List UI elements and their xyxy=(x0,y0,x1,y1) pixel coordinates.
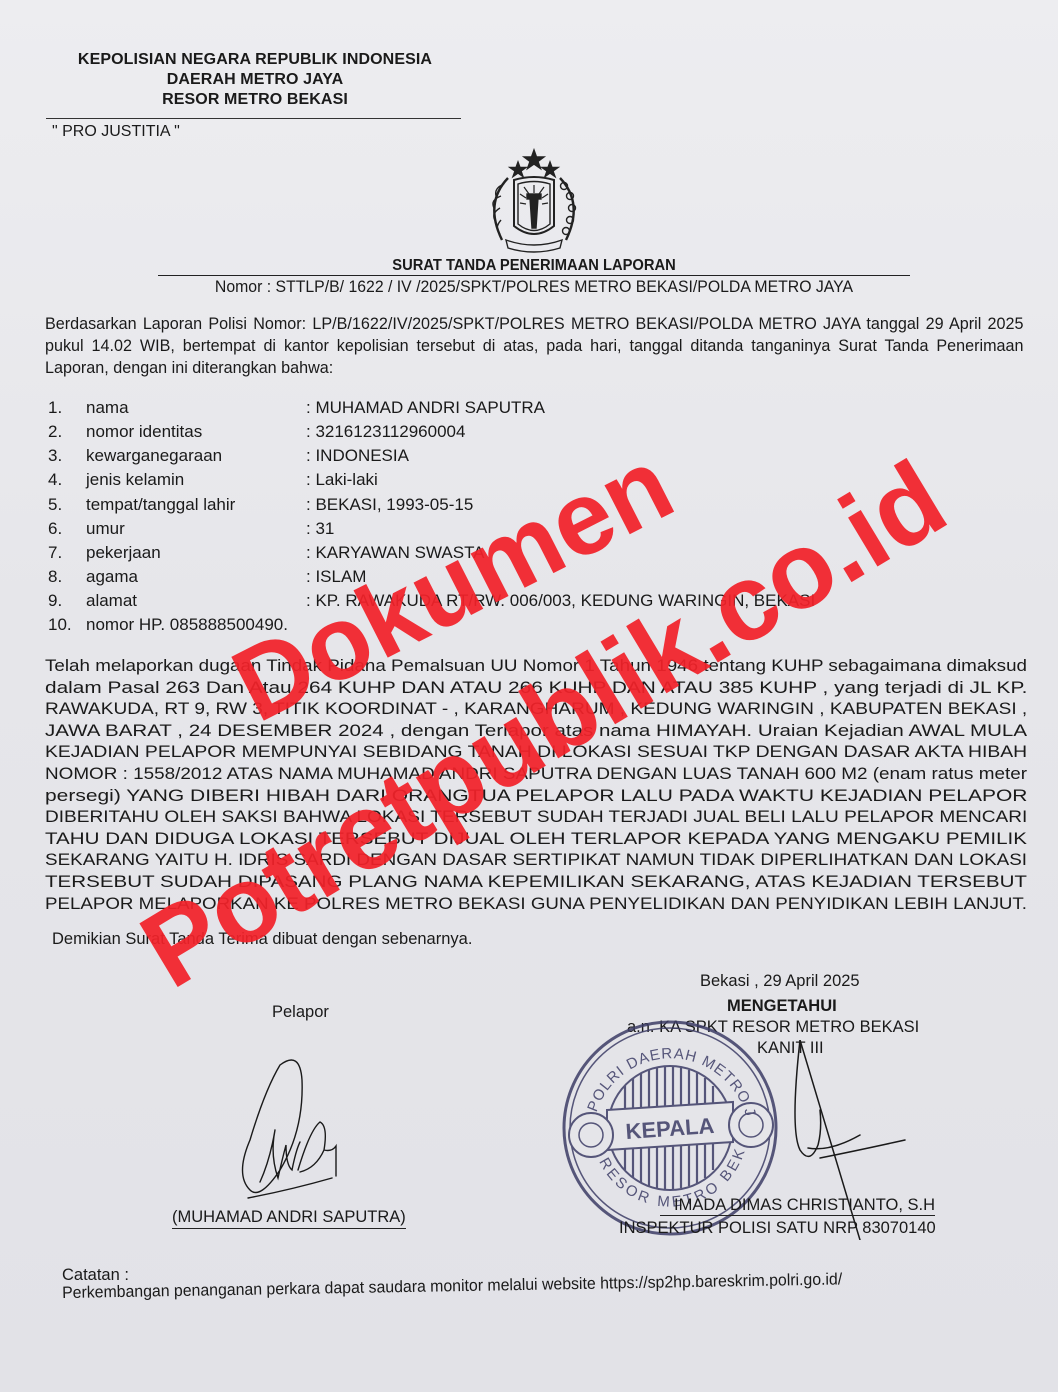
officer-rank: INSPEKTUR POLISI SATU NRP 83070140 xyxy=(619,1219,936,1238)
field-number: 7. xyxy=(48,543,78,563)
reporter-role-label: Pelapor xyxy=(272,1003,329,1022)
field-value: : KP. RAWAKUDA RT/RW. 006/003, KEDUNG WA… xyxy=(306,591,815,611)
field-number: 3. xyxy=(48,446,78,466)
narrative-line: dalam Pasal 263 Dan Atau 264 KUHP DAN AT… xyxy=(45,678,1027,700)
narrative-line: DIBERITAHU OLEH SAKSI BAHWA LOKASI TERSE… xyxy=(45,807,1027,829)
field-value: : 31 xyxy=(306,519,334,539)
incident-narrative: Telah melaporkan dugaan Tindak Pidana Pe… xyxy=(45,656,1027,915)
field-number: 1. xyxy=(48,398,78,418)
field-value: : 3216123112960004 xyxy=(306,422,465,442)
narrative-line: PELAPOR MELAPORKAN KE POLRES METRO BEKAS… xyxy=(45,894,1027,916)
letterhead-divider xyxy=(46,118,461,119)
narrative-line: TERSEBUT SUDAH DIPASANG PLANG NAMA KEPEM… xyxy=(45,872,1027,894)
field-label: nomor HP. 085888500490. xyxy=(86,615,288,635)
field-number: 6. xyxy=(48,519,78,539)
field-number: 5. xyxy=(48,495,78,515)
field-number: 10. xyxy=(48,615,78,635)
field-value: : Laki-laki xyxy=(306,470,378,490)
field-number: 2. xyxy=(48,422,78,442)
pro-justitia-label: " PRO JUSTITIA " xyxy=(52,123,180,141)
letterhead-line-3: RESOR METRO BEKASI xyxy=(40,90,470,110)
narrative-line: Telah melaporkan dugaan Tindak Pidana Pe… xyxy=(45,656,1027,678)
notes-text: Perkembangan penanganan perkara dapat sa… xyxy=(62,1270,842,1303)
narrative-line: RAWAKUDA, RT 9, RW 3, TITIK KOORDINAT - … xyxy=(45,699,1027,721)
intro-paragraph: Berdasarkan Laporan Polisi Nomor: LP/B/1… xyxy=(45,313,1024,379)
narrative-line: KEJADIAN PELAPOR MEMPUNYAI SEBIDANG TANA… xyxy=(45,742,1027,764)
field-value: : MUHAMAD ANDRI SAPUTRA xyxy=(306,398,545,418)
letterhead-line-2: DAERAH METRO JAYA xyxy=(40,70,470,90)
title-divider xyxy=(158,275,910,276)
officer-name: IMADA DIMAS CHRISTIANTO, S.H xyxy=(660,1196,935,1216)
field-number: 9. xyxy=(48,591,78,611)
narrative-line: TAHU DAN DIDUGA LOKASI TERSEBUT DIJUAL O… xyxy=(45,829,1027,851)
narrative-line: NOMOR : 1558/2012 ATAS NAMA MUHAMAD ANDR… xyxy=(45,764,1027,786)
field-label: agama xyxy=(86,567,138,587)
field-label: nama xyxy=(86,398,129,418)
field-value: : BEKASI, 1993-05-15 xyxy=(306,495,473,515)
letterhead-line-1: KEPOLISIAN NEGARA REPUBLIK INDONESIA xyxy=(40,50,470,70)
letterhead: KEPOLISIAN NEGARA REPUBLIK INDONESIA DAE… xyxy=(40,50,470,110)
document-page: KEPOLISIAN NEGARA REPUBLIK INDONESIA DAE… xyxy=(0,0,1058,1392)
field-label: jenis kelamin xyxy=(86,470,184,490)
field-value: : KARYAWAN SWASTA xyxy=(306,543,485,563)
closing-statement: Demikian Surat Tanda Terima dibuat denga… xyxy=(52,930,472,949)
field-label: umur xyxy=(86,519,125,539)
reporter-signature-icon xyxy=(220,1050,370,1210)
polri-emblem-icon xyxy=(474,148,594,256)
field-label: kewarganegaraan xyxy=(86,446,222,466)
reporter-name: (MUHAMAD ANDRI SAPUTRA) xyxy=(172,1208,406,1229)
document-number: Nomor : STTLP/B/ 1622 / IV /2025/SPKT/PO… xyxy=(186,277,882,297)
narrative-line: persegi) YANG DIBERI HIBAH DARI ORANGTUA… xyxy=(45,786,1027,808)
field-label: alamat xyxy=(86,591,137,611)
field-label: nomor identitas xyxy=(86,422,202,442)
field-value: : ISLAM xyxy=(306,567,366,587)
field-value: : INDONESIA xyxy=(306,446,409,466)
field-number: 4. xyxy=(48,470,78,490)
field-label: tempat/tanggal lahir xyxy=(86,495,235,515)
place-date: Bekasi , 29 April 2025 xyxy=(700,972,860,991)
narrative-line: SEKARANG YAITU H. IDRIS SARDI DENGAN DAS… xyxy=(45,850,1027,872)
field-number: 8. xyxy=(48,567,78,587)
field-label: pekerjaan xyxy=(86,543,161,563)
document-title: SURAT TANDA PENERIMAAN LAPORAN xyxy=(190,257,878,275)
narrative-line: JAWA BARAT , 24 DESEMBER 2024 , dengan T… xyxy=(45,721,1027,743)
